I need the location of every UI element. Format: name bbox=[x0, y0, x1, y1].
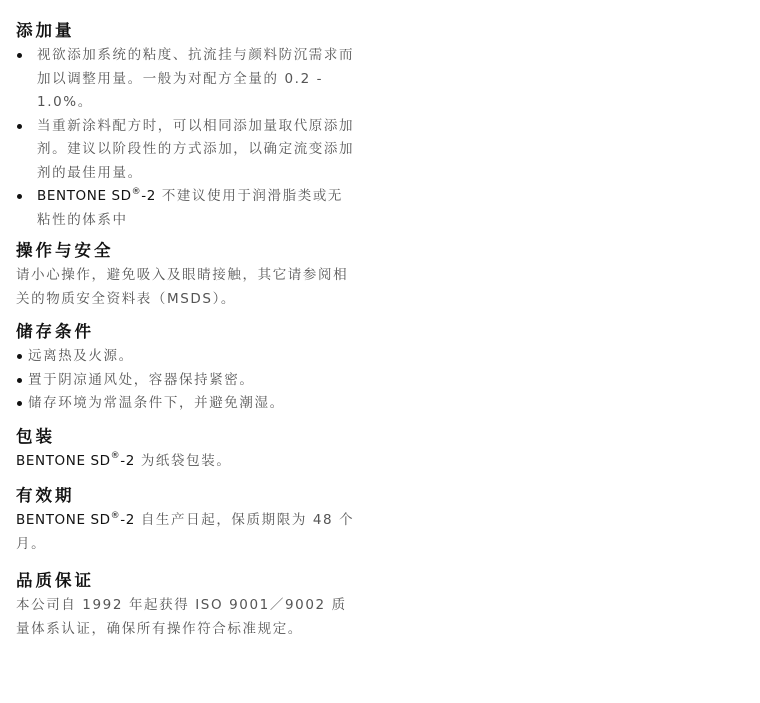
packaging-description: 为纸袋包装。 bbox=[135, 453, 232, 469]
list-item-text: 当重新涂料配方时，可以相同添加量取代原添加剂。建议以阶段性的方式添加，以确定流变… bbox=[37, 118, 354, 181]
list-item: 储存环境为常温条件下，并避免潮湿。 bbox=[16, 392, 356, 416]
brand-suffix: -2 bbox=[120, 512, 135, 528]
brand-name: BENTONE SD®-2 bbox=[16, 512, 135, 528]
section-safety: 操作与安全 请小心操作，避免吸入及眼睛接触，其它请参阅相关的物质安全资料表（MS… bbox=[16, 238, 356, 311]
brand-text: BENTONE SD bbox=[16, 512, 111, 528]
section-title-dosage: 添加量 bbox=[16, 18, 356, 44]
registered-mark: ® bbox=[132, 187, 142, 197]
section-title-storage: 储存条件 bbox=[16, 319, 356, 345]
brand-suffix: -2 bbox=[120, 453, 135, 469]
brand-text: BENTONE SD bbox=[16, 453, 111, 469]
section-title-shelf-life: 有效期 bbox=[16, 483, 356, 509]
section-storage: 储存条件 远离热及火源。 置于阴凉通风处，容器保持紧密。 储存环境为常温条件下，… bbox=[16, 319, 356, 416]
section-title-safety: 操作与安全 bbox=[16, 238, 356, 264]
packaging-text: BENTONE SD®-2 为纸袋包装。 bbox=[16, 450, 356, 474]
section-shelf-life: 有效期 BENTONE SD®-2 自生产日起，保质期限为 48 个月。 bbox=[16, 483, 356, 556]
bullet-icon bbox=[17, 378, 22, 383]
bullet-icon bbox=[17, 401, 22, 406]
list-item: 远离热及火源。 bbox=[16, 345, 356, 369]
list-item-text: 储存环境为常温条件下，并避免潮湿。 bbox=[28, 395, 285, 411]
section-dosage: 添加量 视欲添加系统的粘度、抗流挂与颜料防沉需求而加以调整用量。一般为对配方全量… bbox=[16, 18, 356, 232]
dosage-list: 视欲添加系统的粘度、抗流挂与颜料防沉需求而加以调整用量。一般为对配方全量的 0.… bbox=[16, 44, 356, 232]
list-item: 当重新涂料配方时，可以相同添加量取代原添加剂。建议以阶段性的方式添加，以确定流变… bbox=[16, 115, 356, 186]
section-quality: 品质保证 本公司自 1992 年起获得 ISO 9001／9002 质量体系认证… bbox=[16, 568, 356, 641]
quality-text: 本公司自 1992 年起获得 ISO 9001／9002 质量体系认证，确保所有… bbox=[16, 594, 356, 641]
registered-mark: ® bbox=[111, 511, 121, 521]
shelf-life-text: BENTONE SD®-2 自生产日起，保质期限为 48 个月。 bbox=[16, 509, 356, 556]
bullet-icon bbox=[17, 53, 22, 58]
section-title-quality: 品质保证 bbox=[16, 568, 356, 594]
safety-text: 请小心操作，避免吸入及眼睛接触，其它请参阅相关的物质安全资料表（MSDS）。 bbox=[16, 264, 356, 311]
brand-text: BENTONE SD bbox=[37, 188, 132, 204]
bullet-icon bbox=[17, 354, 22, 359]
bullet-icon bbox=[17, 124, 22, 129]
list-item: BENTONE SD®-2 不建议使用于润滑脂类或无粘性的体系中 bbox=[16, 185, 356, 232]
storage-list: 远离热及火源。 置于阴凉通风处，容器保持紧密。 储存环境为常温条件下，并避免潮湿… bbox=[16, 345, 356, 416]
registered-mark: ® bbox=[111, 451, 121, 461]
list-item: 视欲添加系统的粘度、抗流挂与颜料防沉需求而加以调整用量。一般为对配方全量的 0.… bbox=[16, 44, 356, 115]
list-item: 置于阴凉通风处，容器保持紧密。 bbox=[16, 369, 356, 393]
section-title-packaging: 包装 bbox=[16, 424, 356, 450]
brand-suffix: -2 bbox=[141, 188, 156, 204]
brand-name: BENTONE SD®-2 bbox=[16, 453, 135, 469]
section-packaging: 包装 BENTONE SD®-2 为纸袋包装。 bbox=[16, 424, 356, 474]
brand-name: BENTONE SD®-2 bbox=[37, 188, 156, 204]
product-document: 添加量 视欲添加系统的粘度、抗流挂与颜料防沉需求而加以调整用量。一般为对配方全量… bbox=[16, 18, 356, 648]
list-item-text: 视欲添加系统的粘度、抗流挂与颜料防沉需求而加以调整用量。一般为对配方全量的 0.… bbox=[37, 47, 354, 110]
bullet-icon bbox=[17, 194, 22, 199]
list-item-text: 置于阴凉通风处，容器保持紧密。 bbox=[28, 372, 255, 388]
list-item-text: 远离热及火源。 bbox=[28, 348, 134, 364]
